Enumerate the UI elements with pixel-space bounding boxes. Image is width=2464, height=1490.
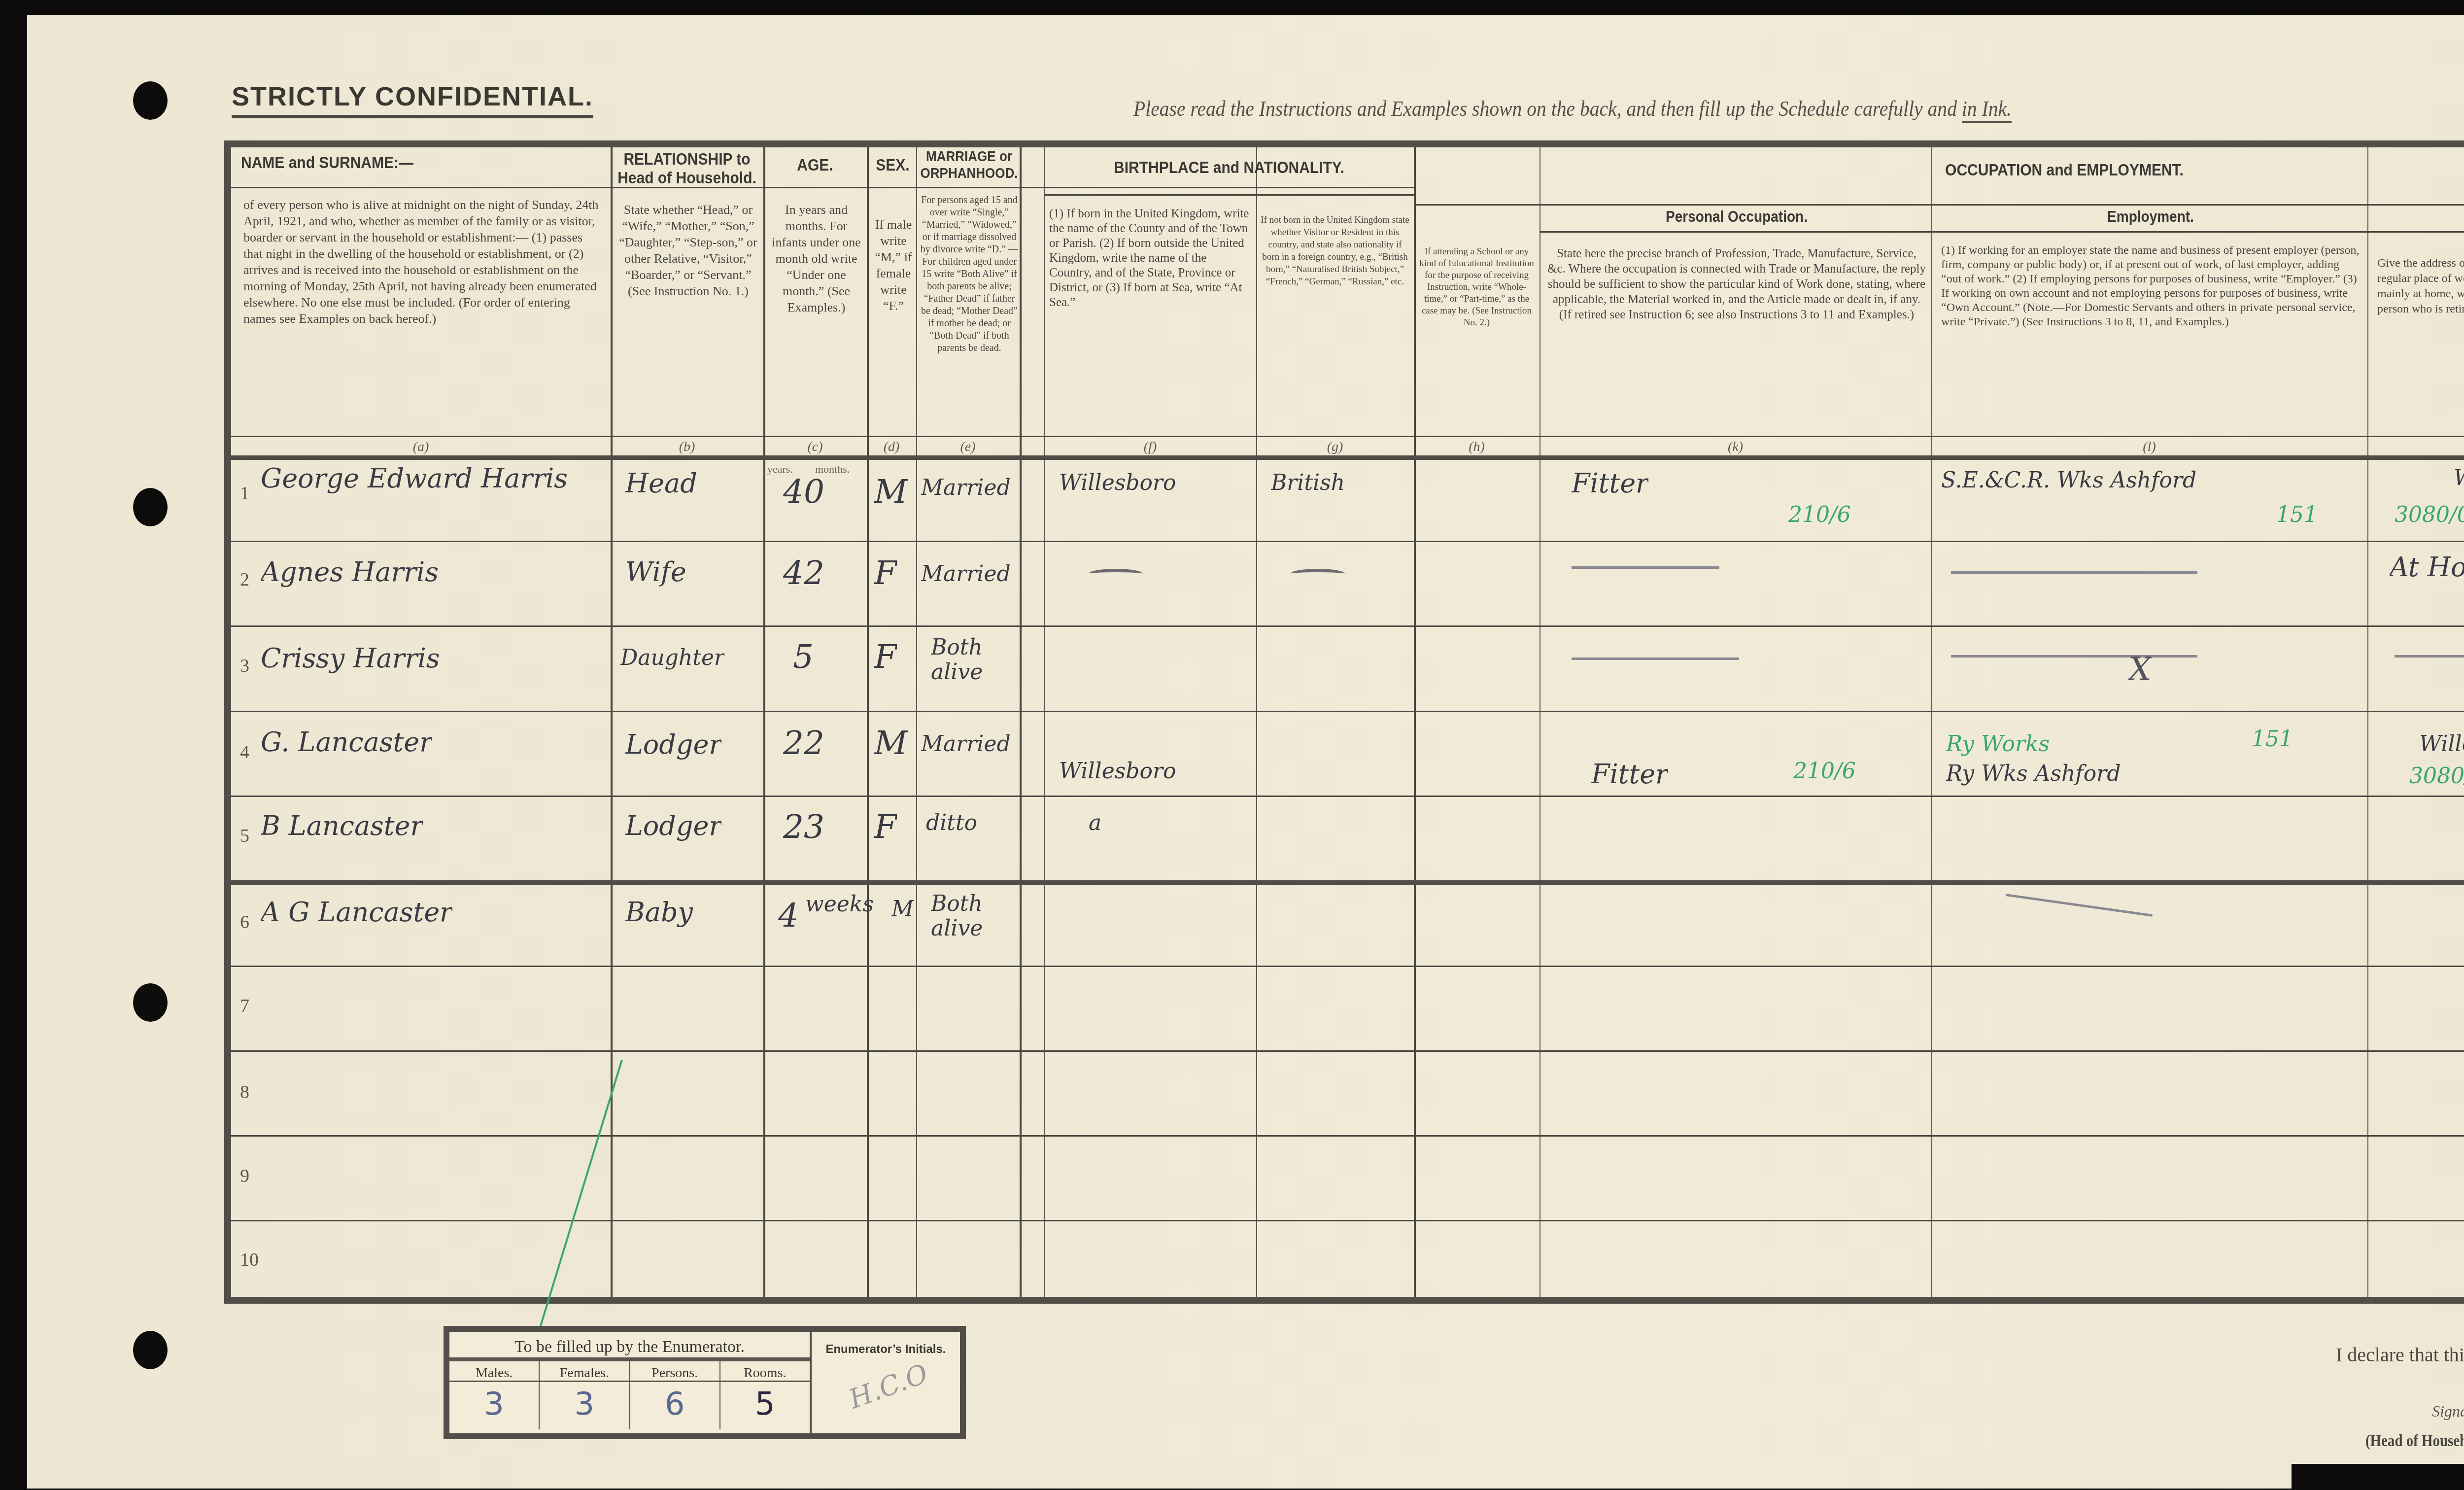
age-years-cell[interactable]: 42 [783, 554, 824, 592]
col-letter-c: (c) [763, 439, 867, 455]
place-of-work-cell[interactable]: At Home. [2390, 552, 2464, 583]
col-divider [867, 147, 869, 1297]
relationship-cell[interactable]: Lodger [625, 810, 721, 841]
signature-label: Signature [2432, 1402, 2464, 1421]
header-bottom-rule [231, 455, 2464, 460]
row-rule [231, 1220, 2464, 1221]
relationship-cell[interactable]: Wife [625, 556, 686, 588]
row-rule [231, 796, 2464, 797]
row-number: 9 [240, 1165, 249, 1187]
place-of-work-cell[interactable]: Willesborough [2419, 731, 2464, 757]
sex-cell[interactable]: M [891, 897, 914, 922]
col-e-instructions: For persons aged 15 and over write “Sing… [920, 194, 1019, 354]
col-c-title: AGE. [766, 157, 864, 174]
marriage-cell[interactable]: Married [921, 561, 1011, 587]
row-number: 6 [240, 911, 249, 933]
header-rule [1044, 194, 1414, 196]
col-divider [763, 147, 765, 1297]
col-letter-k: (k) [1540, 439, 1931, 455]
females-value[interactable]: 3 [540, 1382, 629, 1426]
employment-annotation: Ry Works [1946, 731, 2050, 757]
col-divider [1044, 147, 1045, 1297]
header-rule [1540, 231, 2464, 233]
punch-hole [133, 1331, 168, 1369]
name-cell[interactable]: Agnes Harris [261, 556, 439, 588]
col-d-title: SEX. [869, 157, 916, 174]
persons-total: Persons.6 [630, 1361, 720, 1429]
birthplace-ditto-mark [1089, 569, 1143, 579]
persons-value[interactable]: 6 [630, 1382, 719, 1426]
name-cell[interactable]: G. Lancaster [261, 727, 432, 758]
relationship-cell[interactable]: Daughter [620, 645, 724, 670]
age-years-cell[interactable]: 5 [793, 638, 814, 676]
females-total: Females.3 [540, 1361, 630, 1429]
relationship-cell[interactable]: Baby [625, 897, 693, 928]
row-rule [231, 1050, 2464, 1052]
occupation-dash [1572, 566, 1719, 569]
row-rule [231, 880, 2464, 885]
col-divider [611, 147, 613, 1297]
col-divider [1931, 147, 1932, 1297]
col-f-instructions: (1) If born in the United Kingdom, write… [1049, 207, 1251, 310]
col-letter-e: (e) [916, 439, 1020, 455]
col-m-instructions: Give the address of each person’s place … [2377, 256, 2464, 317]
sex-cell[interactable]: M [874, 724, 908, 762]
age-months-cell[interactable]: weeks [805, 892, 874, 917]
enumerator-box-title: To be filled up by the Enumerator. [449, 1332, 810, 1361]
age-grid-row: Under One Age last birthday. 12345678910… [231, 463, 2464, 542]
household-schedule-table: NAME and SURNAME:— of every person who i… [224, 140, 2464, 1304]
employment-cross-out: X [2128, 650, 2152, 688]
col-letter-f: (f) [1044, 439, 1256, 455]
col-b-instructions: State whether “Head,” or “Wife,” “Mother… [618, 202, 758, 299]
name-cell[interactable]: B Lancaster [261, 810, 423, 841]
col-divider [1540, 147, 1540, 1297]
col-divider [1256, 147, 1257, 1297]
row-number: 2 [240, 569, 249, 590]
col-h-instructions: If attending a School or any kind of Edu… [1416, 246, 1537, 329]
col-divider [2367, 147, 2368, 1297]
col-l-title: Employment. [1934, 209, 2367, 225]
employment-code: 151 [2252, 727, 2293, 752]
row-number: 10 [240, 1249, 259, 1271]
punch-hole [133, 81, 168, 120]
col-divider [916, 147, 917, 1297]
row-rule [231, 625, 2464, 627]
col-d-instructions: If male write “M,” if female write “F.” [872, 216, 915, 314]
males-total: Males.3 [449, 1361, 540, 1429]
col-l-instructions: (1) If working for an employer state the… [1941, 243, 2362, 329]
col-b-title: RELATIONSHIP to Head of Household. [613, 152, 761, 186]
employment-dash [1951, 571, 2197, 574]
col-e-title: MARRIAGE or ORPHANHOOD. [919, 150, 1020, 180]
employment-cell[interactable]: Ry Wks Ashford [1946, 761, 2121, 786]
occupation-code: 210/6 [1793, 759, 1856, 784]
fill-instructions: Please read the Instructions and Example… [1133, 96, 2012, 121]
signature-note: (Head of Household, Manager of Establish… [2365, 1432, 2464, 1451]
rooms-total: Rooms.5 [720, 1361, 810, 1429]
punch-hole [133, 488, 168, 526]
header-rule [231, 436, 2464, 437]
punch-hole [133, 983, 168, 1022]
strictly-confidential-heading: STRICTLY CONFIDENTIAL. [232, 81, 593, 118]
occupation-dash [1572, 658, 1739, 660]
row-number: 7 [240, 995, 249, 1017]
col-letter-l: (l) [1931, 439, 2367, 455]
age-years-cell[interactable]: 22 [783, 724, 824, 762]
row-rule [231, 1135, 2464, 1137]
relationship-cell[interactable]: Lodger [625, 729, 721, 760]
employment-dash [2006, 894, 2153, 917]
row-number: 8 [240, 1081, 249, 1103]
sex-cell[interactable]: F [874, 638, 897, 676]
marriage-cell[interactable]: Both alive [931, 892, 1015, 941]
name-cell[interactable]: Crissy Harris [261, 643, 440, 674]
birthplace-cell[interactable]: a [1089, 810, 1101, 835]
males-value[interactable]: 3 [449, 1382, 539, 1426]
row-rule [231, 966, 2464, 967]
employment-dash [1951, 655, 2197, 658]
header-rule [1414, 204, 2464, 206]
col-letter-g: (g) [1256, 439, 1414, 455]
sex-cell[interactable]: F [874, 554, 897, 592]
place-of-work-dash [2395, 655, 2464, 658]
row-number: 4 [240, 741, 249, 763]
col-letter-a: (a) [231, 439, 611, 455]
col-divider [1414, 147, 1416, 1297]
col-letter-h: (h) [1414, 439, 1540, 455]
marriage-cell[interactable]: Both alive [931, 635, 1015, 685]
occupation-employment-title: OCCUPATION and EMPLOYMENT. [1414, 162, 2464, 179]
col-a-title: NAME and SURNAME:— [241, 155, 606, 172]
age-years-cell[interactable]: 4 [778, 897, 799, 935]
age-years-cell[interactable]: 23 [783, 808, 824, 846]
marriage-cell[interactable]: ditto [926, 810, 977, 835]
col-a-instructions: of every person who is alive at midnight… [243, 197, 603, 327]
row-number: 5 [240, 825, 249, 847]
birthplace-nationality-title: BIRTHPLACE and NATIONALITY. [1044, 160, 1414, 176]
marriage-cell[interactable]: Married [921, 731, 1011, 757]
in-ink-emphasis: in Ink. [1962, 97, 2012, 123]
header-rule [231, 187, 1414, 188]
col-k-title: Personal Occupation. [1542, 209, 1931, 225]
sex-cell[interactable]: F [874, 808, 897, 846]
col-letter-m: (m) [2367, 439, 2464, 455]
torn-edge [2292, 1464, 2464, 1490]
row-rule [231, 711, 2464, 712]
name-cell[interactable]: A G Lancaster [261, 897, 452, 928]
birthplace-cell[interactable]: Willesboro [1059, 759, 1176, 784]
col-g-instructions: If not born in the United Kingdom state … [1259, 214, 1411, 288]
col-m-title: Place of Work. [2370, 209, 2464, 225]
occupation-cell[interactable]: Fitter [1591, 759, 1668, 790]
rooms-value[interactable]: 5 [720, 1382, 810, 1426]
col-letter-d: (d) [867, 439, 916, 455]
enumerator-totals-box: To be filled up by the Enumerator. Males… [444, 1326, 966, 1439]
declaration-text: I declare that this Schedule is correctl… [2336, 1343, 2464, 1366]
nationality-ditto-mark [1291, 569, 1345, 579]
col-k-instructions: State here the precise branch of Profess… [1547, 246, 1926, 322]
col-divider [1020, 147, 1022, 1297]
place-of-work-code: 3080/00 [2409, 763, 2464, 789]
col-c-instructions: In years and months. For infants under o… [768, 202, 864, 315]
row-number: 3 [240, 655, 249, 677]
col-letter-b: (b) [611, 439, 763, 455]
